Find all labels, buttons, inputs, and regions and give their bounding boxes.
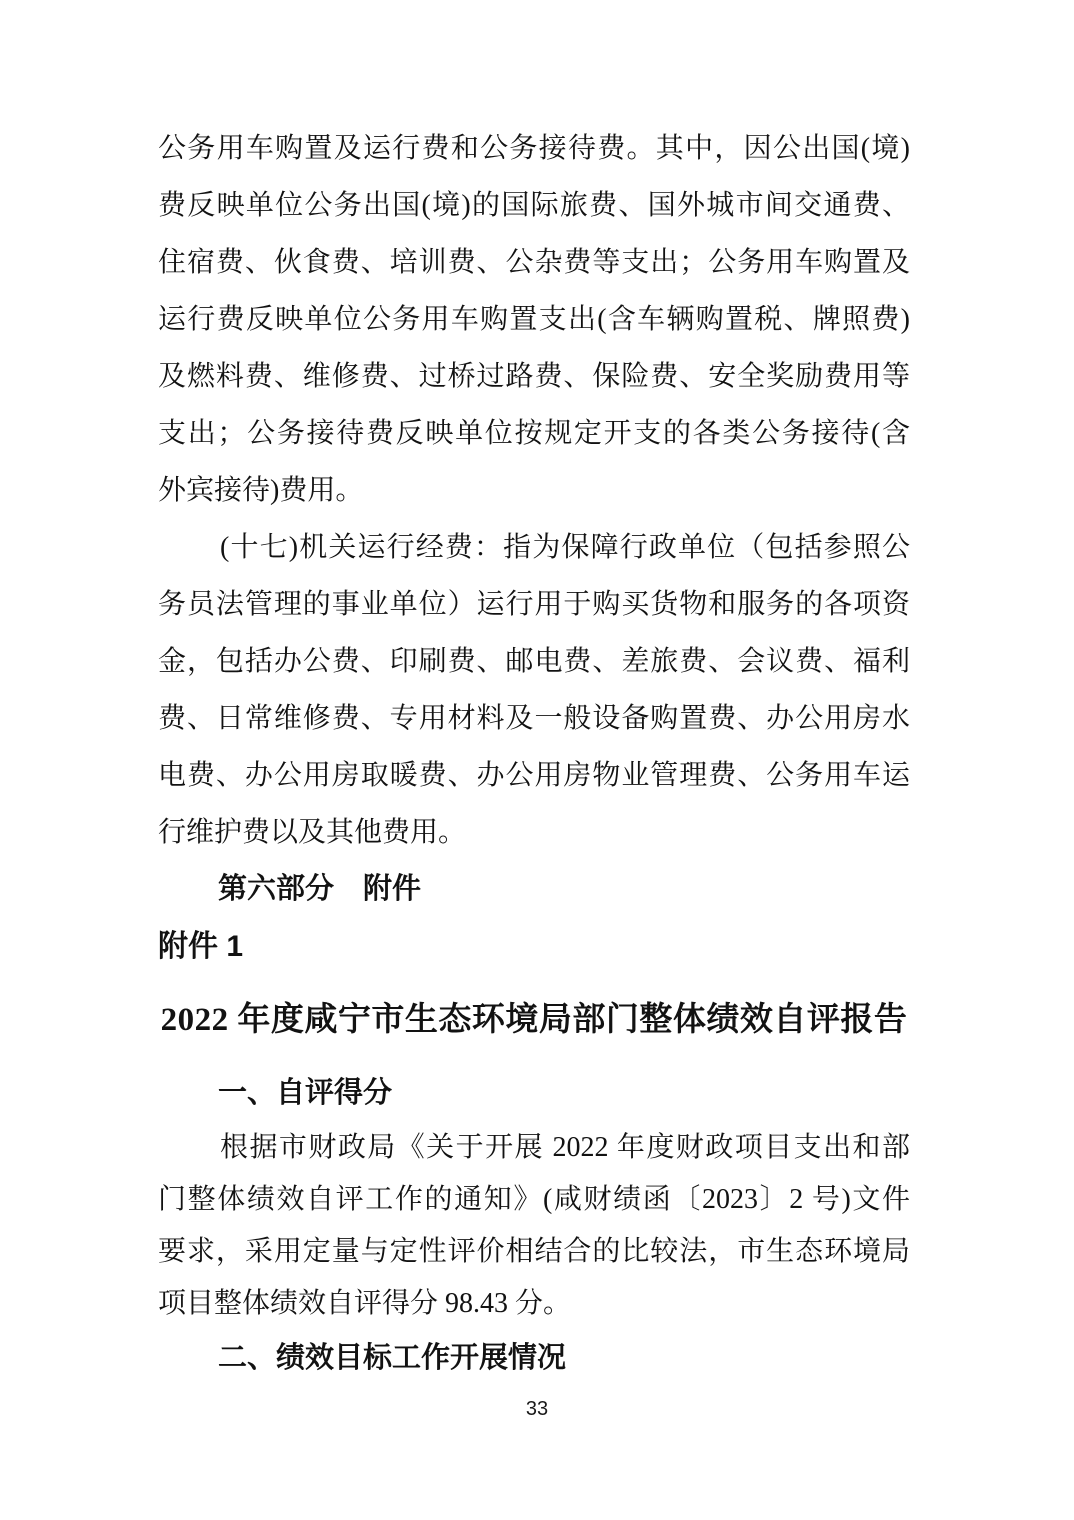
document-page: 公务用车购置及运行费和公务接待费。其中，因公出国(境) 费反映单位公务出国(境)… — [0, 0, 1074, 1520]
page-number: 33 — [0, 1398, 1074, 1421]
body-line: 外宾接待)费用。 — [158, 462, 910, 519]
subheading-performance-target: 二、绩效目标工作开展情况 — [158, 1330, 910, 1387]
attachment-1-label: 附件 1 — [158, 918, 910, 975]
body-line: 项目整体绩效自评得分 98.43 分。 — [158, 1278, 910, 1330]
document-content: 公务用车购置及运行费和公务接待费。其中，因公出国(境) 费反映单位公务出国(境)… — [158, 120, 910, 1387]
section-six-heading: 第六部分 附件 — [158, 861, 910, 918]
body-line: (十七)机关运行经费：指为保障行政单位（包括参照公 — [158, 519, 910, 576]
body-line: 根据市财政局《关于开展 2022 年度财政项目支出和部 — [158, 1122, 910, 1174]
body-line: 及燃料费、维修费、过桥过路费、保险费、安全奖励费用等 — [158, 348, 910, 405]
body-line: 要求，采用定量与定性评价相结合的比较法，市生态环境局 — [158, 1226, 910, 1278]
body-line: 电费、办公用房取暖费、办公用房物业管理费、公务用车运 — [158, 747, 910, 804]
paragraph-expense-definition: 公务用车购置及运行费和公务接待费。其中，因公出国(境) 费反映单位公务出国(境)… — [158, 120, 910, 519]
body-line: 务员法管理的事业单位）运行用于购买货物和服务的各项资 — [158, 576, 910, 633]
body-line: 门整体绩效自评工作的通知》(咸财绩函〔2023〕2 号)文件 — [158, 1174, 910, 1226]
body-line: 费反映单位公务出国(境)的国际旅费、国外城市间交通费、 — [158, 177, 910, 234]
report-title: 2022 年度咸宁市生态环境局部门整体绩效自评报告 — [158, 975, 910, 1065]
subheading-self-score: 一、自评得分 — [158, 1065, 910, 1122]
paragraph-self-score: 根据市财政局《关于开展 2022 年度财政项目支出和部 门整体绩效自评工作的通知… — [158, 1122, 910, 1330]
body-line: 费、日常维修费、专用材料及一般设备购置费、办公用房水 — [158, 690, 910, 747]
body-line: 行维护费以及其他费用。 — [158, 804, 910, 861]
paragraph-agency-operating-funds: (十七)机关运行经费：指为保障行政单位（包括参照公 务员法管理的事业单位）运行用… — [158, 519, 910, 861]
body-line: 运行费反映单位公务用车购置支出(含车辆购置税、牌照费) — [158, 291, 910, 348]
body-line: 支出；公务接待费反映单位按规定开支的各类公务接待(含 — [158, 405, 910, 462]
body-line: 公务用车购置及运行费和公务接待费。其中，因公出国(境) — [158, 120, 910, 177]
body-line: 住宿费、伙食费、培训费、公杂费等支出；公务用车购置及 — [158, 234, 910, 291]
body-line: 金，包括办公费、印刷费、邮电费、差旅费、会议费、福利 — [158, 633, 910, 690]
